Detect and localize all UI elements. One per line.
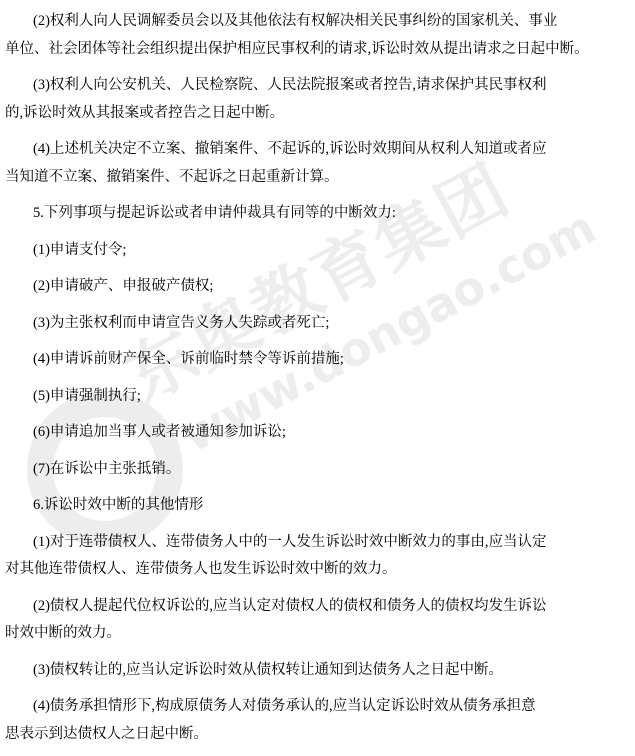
- text-line: (3)为主张权利而申请宣告义务人失踪或者死亡;: [5, 310, 633, 338]
- text-line: (2)申请破产、申报破产债权;: [5, 273, 633, 301]
- text-line: (7)在诉讼中主张抵销。: [5, 456, 633, 484]
- paragraph: (3)权利人向公安机关、人民检察院、人民法院报案或者控告,请求保护其民事权利 的…: [5, 72, 633, 127]
- text-line: 的,诉讼时效从其报案或者控告之日起中断。: [5, 100, 633, 128]
- text-line: 当知道不立案、撤销案件、不起诉之日起重新计算。: [5, 164, 633, 192]
- list-item: (1)申请支付令;: [5, 237, 633, 265]
- paragraph: (3)债权转让的,应当认定诉讼时效从债权转让通知到达债务人之日起中断。: [5, 657, 633, 685]
- paragraph: (2)权利人向人民调解委员会以及其他依法有权解决相关民事纠纷的国家机关、事业 单…: [5, 8, 633, 63]
- list-item: (6)申请追加当事人或者被通知参加诉讼;: [5, 419, 633, 447]
- list-item: (4)申请诉前财产保全、诉前临时禁令等诉前措施;: [5, 346, 633, 374]
- text-line: 5.下列事项与提起诉讼或者申请仲裁具有同等的中断效力:: [5, 200, 633, 228]
- text-line: (4)债务承担情形下,构成原债务人对债务承认的,应当认定诉讼时效从债务承担意: [5, 693, 633, 721]
- text-line: (5)申请强制执行;: [5, 383, 633, 411]
- list-item: (7)在诉讼中主张抵销。: [5, 456, 633, 484]
- paragraph: (4)上述机关决定不立案、撤销案件、不起诉的,诉讼时效期间从权利人知道或者应 当…: [5, 136, 633, 191]
- paragraph: (1)对于连带债权人、连带债务人中的一人发生诉讼时效中断效力的事由,应当认定 对…: [5, 529, 633, 584]
- text-line: (6)申请追加当事人或者被通知参加诉讼;: [5, 419, 633, 447]
- paragraph-heading: 5.下列事项与提起诉讼或者申请仲裁具有同等的中断效力:: [5, 200, 633, 228]
- text-line: 6.诉讼时效中断的其他情形: [5, 492, 633, 520]
- text-line: 对其他连带债权人、连带债务人也发生诉讼时效中断的效力。: [5, 556, 633, 584]
- list-item: (2)申请破产、申报破产债权;: [5, 273, 633, 301]
- paragraph-heading: 6.诉讼时效中断的其他情形: [5, 492, 633, 520]
- text-line: (4)上述机关决定不立案、撤销案件、不起诉的,诉讼时效期间从权利人知道或者应: [5, 136, 633, 164]
- text-line: (1)对于连带债权人、连带债务人中的一人发生诉讼时效中断效力的事由,应当认定: [5, 529, 633, 557]
- text-line: (1)申请支付令;: [5, 237, 633, 265]
- list-item: (3)为主张权利而申请宣告义务人失踪或者死亡;: [5, 310, 633, 338]
- text-line: (3)权利人向公安机关、人民检察院、人民法院报案或者控告,请求保护其民事权利: [5, 72, 633, 100]
- list-item: (5)申请强制执行;: [5, 383, 633, 411]
- text-line: (3)债权转让的,应当认定诉讼时效从债权转让通知到达债务人之日起中断。: [5, 657, 633, 685]
- text-line: (2)权利人向人民调解委员会以及其他依法有权解决相关民事纠纷的国家机关、事业: [5, 8, 633, 36]
- text-line: (2)债权人提起代位权诉讼的,应当认定对债权人的债权和债务人的债权均发生诉讼: [5, 593, 633, 621]
- text-line: (4)申请诉前财产保全、诉前临时禁令等诉前措施;: [5, 346, 633, 374]
- paragraph: (2)债权人提起代位权诉讼的,应当认定对债权人的债权和债务人的债权均发生诉讼 时…: [5, 593, 633, 648]
- paragraph: (4)债务承担情形下,构成原债务人对债务承认的,应当认定诉讼时效从债务承担意 思…: [5, 693, 633, 748]
- text-line: 思表示到达债权人之日起中断。: [5, 721, 633, 749]
- text-line: 时效中断的效力。: [5, 620, 633, 648]
- text-line: 单位、社会团体等社会组织提出保护相应民事权利的请求,诉讼时效从提出请求之日起中断…: [5, 36, 633, 64]
- document-page: (2)权利人向人民调解委员会以及其他依法有权解决相关民事纠纷的国家机关、事业 单…: [5, 8, 633, 756]
